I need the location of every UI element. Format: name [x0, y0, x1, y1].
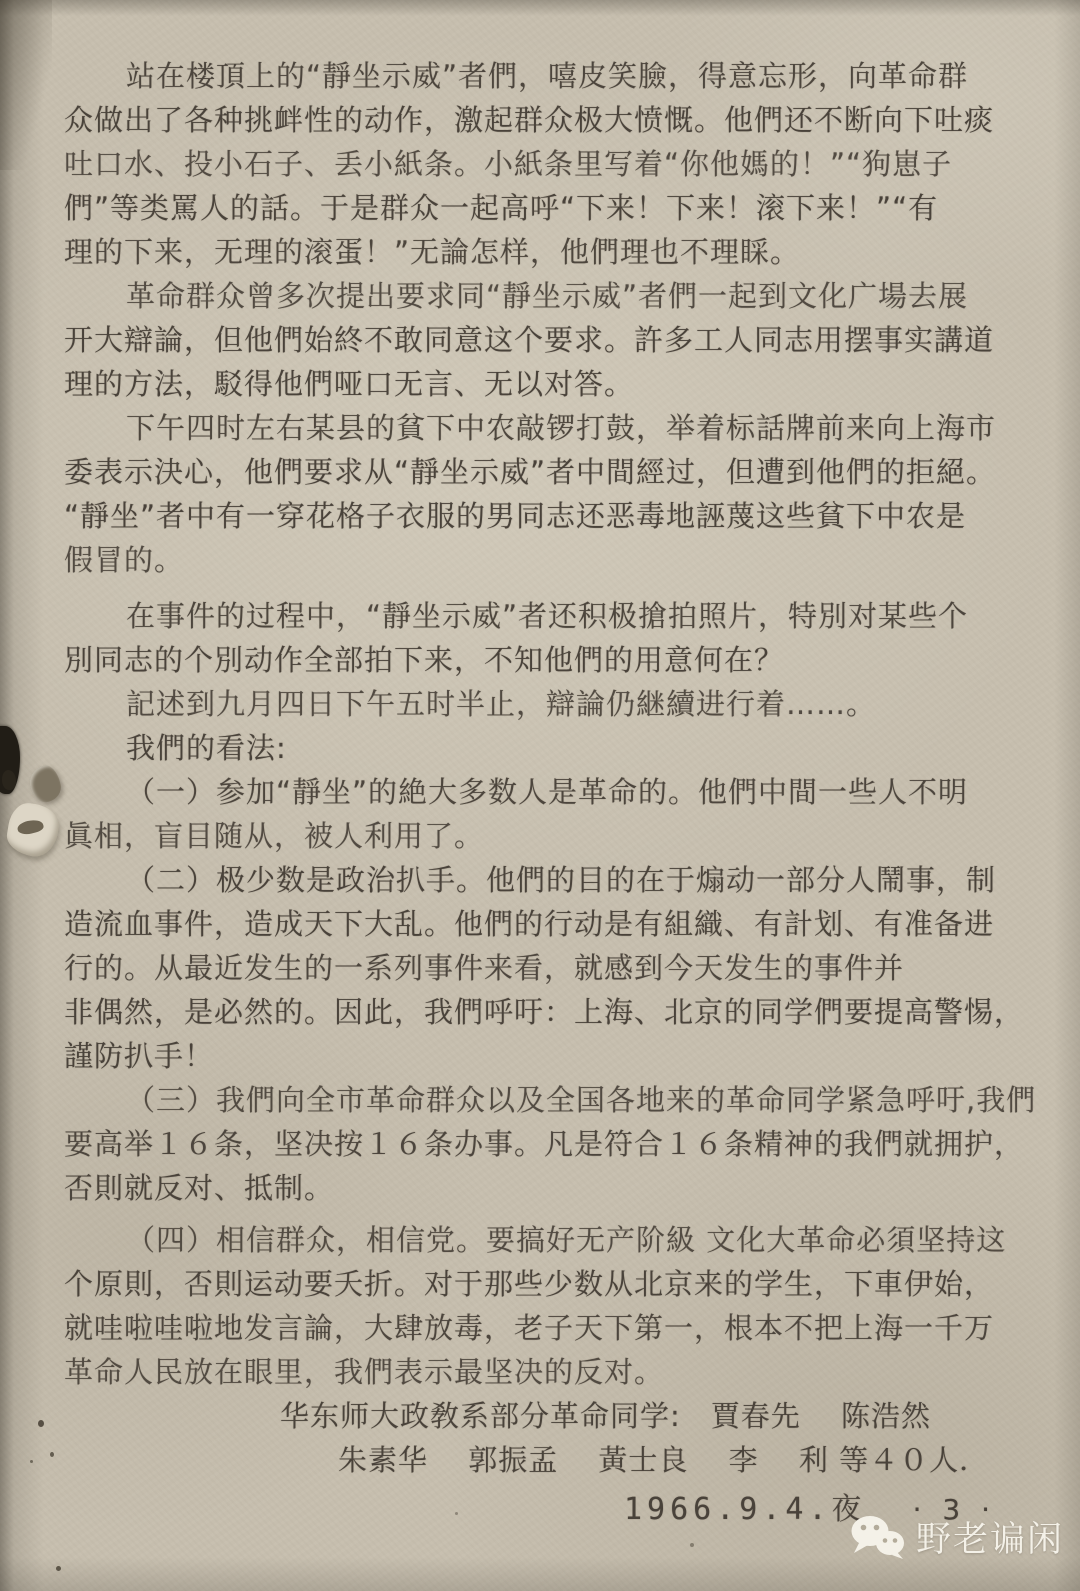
paper-speckle	[455, 1512, 458, 1515]
scanned-document-page: 站在楼頂上的“靜坐示威”者們，嘻皮笑臉，得意忘形，向革命群 众做出了各种挑衅性的…	[0, 0, 1080, 1591]
document-text-column: 站在楼頂上的“靜坐示威”者們，嘻皮笑臉，得意忘形，向革命群 众做出了各种挑衅性的…	[64, 54, 1022, 1532]
text-line: （四）相信群众，相信党。要搞好无产阶級 文化大革命必須坚持这	[64, 1218, 1022, 1262]
text-line: 革命群众曾多次提出要求同“靜坐示威”者們一起到文化广場去展	[64, 274, 1022, 318]
text-line: 否則就反对、抵制。	[64, 1166, 1022, 1210]
paper-speckle	[56, 1566, 61, 1571]
text-line: 开大辯論，但他們始終不敢同意这个要求。許多工人同志用摆事实講道	[64, 318, 1022, 362]
text-line: 理的方法，駁得他們哑口无言、无以对答。	[64, 362, 1022, 406]
text-line: （一）参加“靜坐”的絶大多数人是革命的。他們中間一些人不明	[64, 770, 1022, 814]
text-line: 理的下来，无理的滚蛋！”无論怎样，他們理也不理睬。	[64, 230, 1022, 274]
paper-speckle	[690, 1543, 694, 1547]
text-line: 在事件的过程中，“靜坐示威”者还积极搶拍照片，特別对某些个	[64, 594, 1022, 638]
text-line: 謹防扒手！	[64, 1034, 1022, 1078]
text-line: 下午四时左右某县的貧下中农敲锣打鼓，举着标話牌前来向上海市	[64, 406, 1022, 450]
watermark: 野老谝闲	[850, 1512, 1064, 1562]
signature-line-2: 朱素华 郭振孟 黃士良 李 利 等４０人．	[64, 1438, 1022, 1482]
text-line: “靜坐”者中有一穿花格子衣服的男同志还恶毒地誣蔑这些貧下中农是	[64, 494, 1022, 538]
text-line: 站在楼頂上的“靜坐示威”者們，嘻皮笑臉，得意忘形，向革命群	[64, 54, 1022, 98]
text-line: （二）极少数是政治扒手。他們的目的在于煽动一部分人鬧事，制	[64, 858, 1022, 902]
signature-line-1: 华东师大政敎系部分革命同学: 賈春先 陈浩然	[64, 1394, 1022, 1438]
text-line: 要高举１６条，坚决按１６条办事。凡是符合１６条精神的我們就拥护，	[64, 1122, 1022, 1166]
text-line: 眞相，盲目随从，被人利用了。	[64, 814, 1022, 858]
text-line: 造流血事件，造成天下大乱。他們的行动是有組織、有計划、有准备进	[64, 902, 1022, 946]
text-line: 非偶然，是必然的。因此，我們呼吁：上海、北京的同学們要提高警惕，	[64, 990, 1022, 1034]
page-edge-shadow	[0, 0, 52, 170]
text-line: 众做出了各种挑衅性的动作，激起群众极大愤慨。他們还不断向下吐痰	[64, 98, 1022, 142]
text-line: 我們的看法:	[64, 726, 1022, 770]
paper-tear	[26, 763, 64, 805]
text-line: 个原則，否則运动要夭折。对于那些少数从北京来的学生，下車伊始，	[64, 1262, 1022, 1306]
text-line: 革命人民放在眼里，我們表示最坚决的反对。	[64, 1350, 1022, 1394]
text-line: 們”等类罵人的話。于是群众一起高呼“下来！下来！滚下来！”“有	[64, 186, 1022, 230]
wechat-icon	[850, 1514, 906, 1560]
text-line: 吐口水、投小石子、丢小紙条。小紙条里写着“你他媽的！”“狗崽子	[64, 142, 1022, 186]
text-line: 就哇啦哇啦地发言論，大肆放毒，老子天下第一，根本不把上海一千万	[64, 1306, 1022, 1350]
paper-tear	[4, 800, 62, 859]
text-line: 記述到九月四日下午五时半止，辯論仍継續进行着……。	[64, 682, 1022, 726]
document-date: 1966.9.4.夜	[624, 1488, 867, 1532]
text-line: 假冒的。	[64, 538, 1022, 582]
paper-speckle	[30, 1460, 33, 1463]
ink-blot-damage	[0, 726, 20, 794]
text-line: 行的。从最近发生的一系列事件来看，就感到今天发生的事件并	[64, 946, 1022, 990]
watermark-label: 野老谝闲	[916, 1512, 1064, 1562]
text-line: （三）我們向全市革命群众以及全国各地来的革命同学紧急呼吁,我們	[64, 1078, 1022, 1122]
text-line: 委表示決心，他們要求从“靜坐示威”者中間經过，但遭到他們的拒絕。	[64, 450, 1022, 494]
text-line: 別同志的个別动作全部拍下来，不知他們的用意何在？	[64, 638, 1022, 682]
paper-speckle	[38, 1420, 44, 1427]
paper-speckle	[50, 1452, 54, 1457]
